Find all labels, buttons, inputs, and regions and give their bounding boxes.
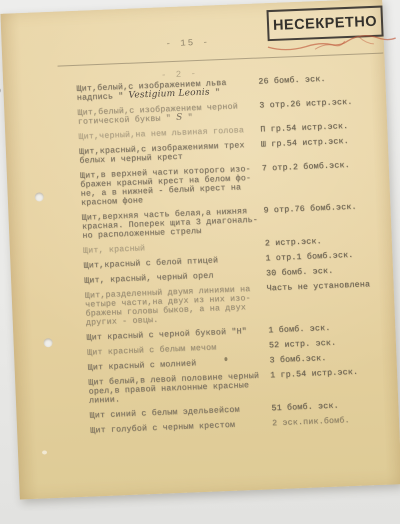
unit-value: 1 гр.54 истр.эск. [270,367,391,399]
emblem-description: Щит красный с черной буквой "Н" [86,326,268,342]
emblem-table: Щит,белый,с изображением льва надпись " … [76,73,392,442]
unit-value: 51 бомб. эск. [271,399,391,413]
emblem-description: Щит,черный,на нем львиная голова [78,126,260,142]
document-paper: - 15 - НЕСЕКРЕТНО - 2 - Щит,белый,с изоб… [0,0,400,499]
unit-value: 26 бомб. эск. [258,73,379,96]
paper-speck [42,450,47,454]
unit-value: Часть не установлена [266,280,387,321]
table-row: Щит,разделенный двумя линиями на четыре … [85,280,388,328]
unit-value: 52 истр. эск. [269,337,389,351]
section-number: - 2 - [161,69,198,80]
emblem-description: Щит,разделенный двумя линиями на четыре … [85,284,268,327]
emblem-description: Щит,красный,с изображениями трех белых и… [79,141,262,166]
unit-value: 2 эск.пик.бомб. [272,414,392,428]
handwritten-text: S [176,113,183,123]
emblem-description: Щит синий с белым эдельвейсом [89,404,271,420]
unit-value: 1 отр.1 бомб.эск. [265,250,385,264]
unit-value: 9 отр.76 бомб.эск. [263,202,384,234]
emblem-description: Щит,белый,с изображением льва надпись " … [76,78,259,103]
unit-value: 3 бомб.эск. [269,352,389,366]
emblem-description: Щит,в верхней части которого изо- бражен… [80,164,263,207]
emblem-description: Щит красный с молнией [88,356,270,372]
emblem-description: Щит красный с белым мечом [87,341,269,357]
table-row: Щит,верхняя часть белая,а нижняя красная… [81,202,384,241]
header-rule [58,53,384,67]
emblem-description: Щит,красный с белой птицей [83,254,265,270]
emblem-description: Щит, красный, черный орел [84,269,266,285]
unit-value: 2 истр.эск. [265,235,385,249]
background-speck [0,88,1,93]
photo-background: - 15 - НЕСЕКРЕТНО - 2 - Щит,белый,с изоб… [0,0,400,524]
emblem-description: Щит,белый,с изображением черной готическ… [77,102,260,127]
emblem-description: Щит голубой с черным крестом [90,419,272,435]
punch-hole-top [35,192,44,201]
emblem-description: Щит белый,в левой половине черный орел,в… [88,371,271,405]
punch-hole-bottom [43,338,52,347]
table-row: Щит белый,в левой половине черный орел,в… [88,367,391,406]
table-row: Щит,в верхней части которого изо- бражен… [80,160,383,208]
unit-value: Ш гр.54 истр.эск. [261,136,382,159]
unit-value: 7 отр.2 бомб.эск. [262,160,383,201]
unit-value: 1 бомб. эск. [268,322,388,336]
handwritten-text: Vestigium Leonis [128,88,210,101]
emblem-description: Щит, красный [83,239,265,255]
unit-value: П гр.54 истр.эск. [260,121,380,135]
stamp-label: НЕСЕКРЕТНО [273,13,378,33]
emblem-description: Щит,верхняя часть белая,а нижняя красная… [81,206,264,240]
unit-value: 3 отр.26 истр.эск. [259,97,380,120]
unit-value: 30 бомб. эск. [266,265,386,279]
declassification-stamp: НЕСЕКРЕТНО [266,6,383,42]
